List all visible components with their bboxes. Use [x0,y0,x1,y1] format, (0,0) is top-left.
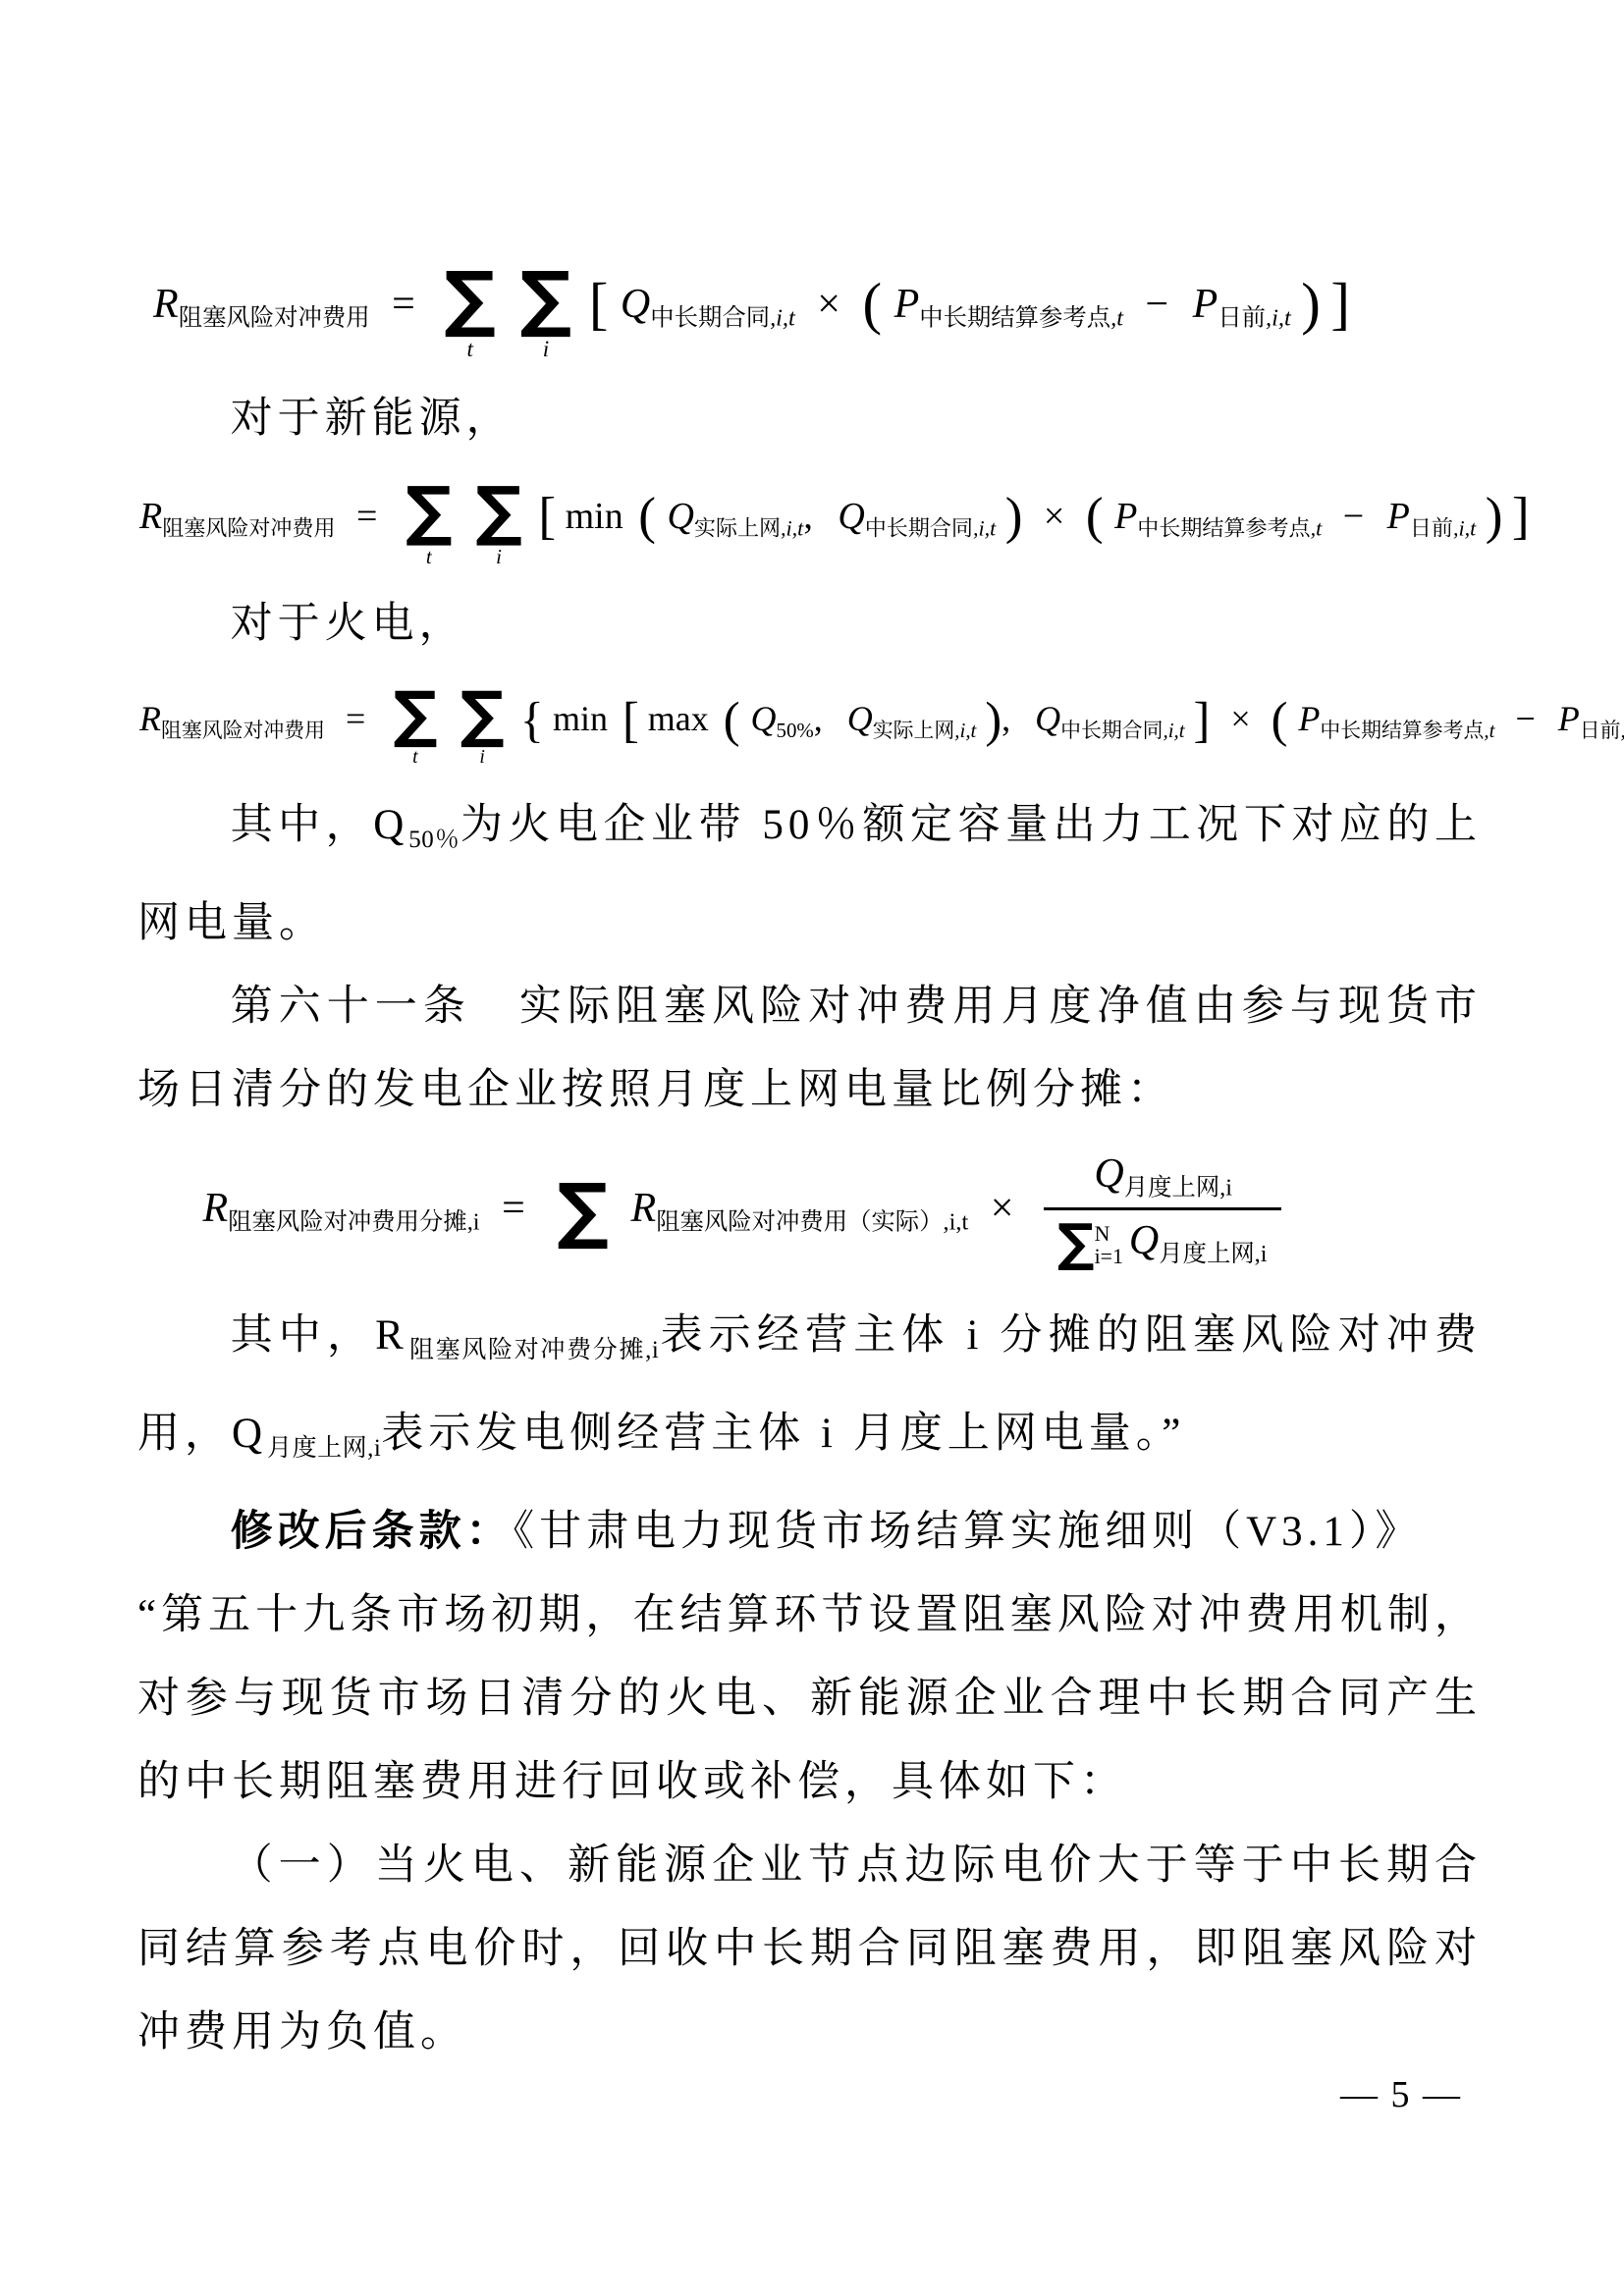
min-function: min [566,496,629,537]
sub-P1: 中长期结算参考点 [1320,719,1484,742]
text: （一）当火电、新能源企业节点边际电价大于等于中长期合同结算参考点电价时，回收中长… [137,1842,1482,2056]
var-R: R [137,496,162,537]
text: 表示发电侧经营主体 i 月度上网电量。” [381,1411,1185,1457]
comma: , [814,699,837,738]
var-Q: Q [232,1411,267,1457]
var-R: R [200,1186,228,1231]
sub-Q2-it: ,i,t [1164,719,1185,742]
paragraph-for-renewable: 对于新能源， [137,377,1482,460]
sub-P2-it: ,i,t [1453,515,1476,540]
comma: , [1001,699,1024,738]
min-function: min [553,699,614,738]
sub-Q1: 实际上网 [694,515,781,540]
page-number: — 5 — [1340,2073,1462,2116]
left-paren: ( [638,487,656,545]
right-bracket: ] [1512,487,1530,545]
sigma-icon: ∑ [547,1169,619,1253]
sub-P2-it: ,i,t [1266,304,1291,331]
fraction-denominator: ∑Ni=1Q月度上网,i [1044,1207,1281,1270]
sigma-icon: ∑ [475,480,522,542]
text: 对于火电， [231,601,466,647]
var-Q: Q [845,699,873,738]
left-paren: ( [724,692,740,747]
sub-Q1: 实际上网 [873,719,955,742]
sub-P1-it: ,t [1484,719,1494,742]
sum-over-t: ∑t [406,480,453,566]
var-Q: Q [749,699,777,738]
times-sign: × [805,282,852,327]
var-Q: Q [836,496,864,537]
formula-congestion-hedge-general: R阻塞风险对冲费用 = ∑t ∑i [ Q中长期合同,i,t × ( P中长期结… [137,260,1482,355]
sub-Q2: 中长期合同 [865,515,973,540]
text: 第六十一条 实际阻塞风险对冲费用月度净值由参与现货市场日清分的发电企业按照月度上… [137,984,1482,1113]
right-bracket: ] [1330,272,1350,336]
fraction: Q月度上网,i ∑Ni=1Q月度上网,i [1044,1153,1281,1270]
left-paren: ( [1086,487,1104,545]
sum-limit-i: i [475,547,522,567]
sub-monthly: 月度上网,i [267,1435,381,1462]
equals-sign: = [490,1186,537,1231]
sub-R: 阻塞风险对冲费用 [161,719,325,742]
sub-50pct: 50％ [408,827,460,853]
sub-monthly: 月度上网,i [1159,1241,1267,1267]
formula-congestion-hedge-thermal: R阻塞风险对冲费用 = ∑t ∑i { min [ max ( Q50%, Q实… [137,681,1482,764]
sum-over-t: ∑t [393,685,437,768]
page-number-text: — 5 — [1340,2074,1462,2115]
left-bracket: [ [623,692,639,747]
sum-limit-i: i [460,748,505,768]
right-bracket: ] [1194,692,1211,747]
sum-over-i: ∑i [475,480,522,566]
minus-sign: − [1331,496,1376,537]
left-brace: { [520,692,544,747]
times-sign: × [1218,699,1262,738]
sub-Q2-it: ,i,t [973,515,996,540]
sum-over-t: ∑t [444,265,496,360]
var-Q: Q [619,282,650,327]
sub-P1: 中长期结算参考点 [919,304,1110,331]
sigma-icon: ∑ [460,685,505,744]
times-sign: × [979,1186,1026,1231]
sigma-icon: ∑ [406,480,453,542]
right-paren: ) [1005,487,1023,545]
sub-P2: 日前 [1410,515,1453,540]
sub-Q-it: ,i,t [770,304,795,331]
minus-sign: − [1503,699,1546,738]
sub-Q: 中长期合同 [650,304,770,331]
var-Q: Q [1092,1151,1123,1197]
sub-monthly: 月度上网,i [1124,1174,1232,1201]
var-P: P [1556,699,1580,738]
text: “第五十九条市场初期，在结算环节设置阻塞风险对冲费用机制，对参与现货市场日清分的… [137,1592,1482,1805]
sub-P2: 日前 [1580,719,1621,742]
sub-R: 阻塞风险对冲费用 [179,304,370,331]
var-R: R [375,1312,408,1359]
sum-over-i: ∑i [460,685,505,768]
sum-over-i: ∑i [520,265,572,360]
comma: , [803,496,827,537]
var-R: R [629,1186,657,1231]
fraction-numerator: Q月度上网,i [1044,1153,1281,1201]
sum-limit-i: i [520,338,572,360]
left-bracket: [ [538,487,556,545]
sub-Q1-it: ,i,t [781,515,803,540]
var-P: P [1385,496,1410,537]
sub-Q1-it: ,i,t [954,719,976,742]
paragraph-revised-clause: 修改后条款：《甘肃电力现货市场结算实施细则（V3.1）》 [137,1490,1482,1574]
sigma-icon: ∑ [520,265,572,334]
sub-P2: 日前 [1218,304,1266,331]
sub-R-actual: 阻塞风险对冲费用（实际）,i,t [656,1208,968,1235]
var-R: R [151,282,179,327]
sub-P1-it: ,t [1311,515,1323,540]
sub-P1-it: ,t [1110,304,1123,331]
formula-congestion-hedge-renewable: R阻塞风险对冲费用 = ∑t ∑i [ min ( Q实际上网,i,t, Q中长… [137,476,1482,562]
revised-clause-text: 《甘肃电力现货市场结算实施细则（V3.1）》 [514,1509,1423,1555]
right-paren: ) [1301,272,1321,336]
times-sign: × [1032,496,1076,537]
var-Q: Q [373,802,408,848]
sum-limit-t: t [393,748,437,768]
left-paren: ( [862,272,882,336]
paragraph-clause-59: “第五十九条市场初期，在结算环节设置阻塞风险对冲费用机制，对参与现货市场日清分的… [137,1574,1482,1824]
sum-limits: Ni=1 [1095,1223,1123,1268]
sum-upper-N: N [1095,1223,1123,1246]
paragraph-item-1: （一）当火电、新能源企业节点边际电价大于等于中长期合同结算参考点电价时，回收中长… [137,1824,1482,2074]
left-bracket: [ [589,272,609,336]
var-P: P [893,282,920,327]
max-function: max [648,699,715,738]
paragraph-share-note: 其中，R阻塞风险对冲费分摊,i表示经营主体 i 分摊的阻塞风险对冲费用，Q月度上… [137,1294,1482,1490]
sub-Q2: 中长期合同 [1060,719,1163,742]
var-Q: Q [665,496,693,537]
var-Q: Q [1127,1218,1159,1263]
var-Q: Q [1033,699,1060,738]
text: 对于新能源， [231,396,514,442]
equals-sign: = [334,699,377,738]
paragraph-article-61: 第六十一条 实际阻塞风险对冲费用月度净值由参与现货市场日清分的发电企业按照月度上… [137,965,1482,1132]
var-P: P [1296,699,1320,738]
var-P: P [1112,496,1137,537]
text: 其中， [231,802,374,848]
formula-monthly-apportionment: R阻塞风险对冲费用分摊,i = ∑ R阻塞风险对冲费用（实际）,i,t × Q月… [137,1153,1482,1270]
var-P: P [1191,282,1218,327]
sum-lower-i1: i=1 [1095,1246,1123,1268]
sigma-icon: ∑ [1057,1213,1095,1273]
document-page: R阻塞风险对冲费用 = ∑t ∑i [ Q中长期合同,i,t × ( P中长期结… [0,0,1624,2296]
text: 其中， [231,1312,376,1359]
sum-limit-t: t [406,547,453,567]
var-R: R [137,699,161,738]
sigma-icon: ∑ [393,685,437,744]
sigma-icon: ∑ [444,265,496,334]
sub-Q50: 50% [777,719,814,742]
sub-R: 阻塞风险对冲费用 [162,515,335,540]
sub-R: 阻塞风险对冲费用分摊,i [228,1208,479,1235]
sub-P1: 中长期结算参考点 [1137,515,1310,540]
sub-share: 阻塞风险对冲费分摊,i [408,1337,660,1363]
equals-sign: = [345,496,389,537]
equals-sign: = [380,282,427,327]
revised-clause-label: 修改后条款： [231,1509,514,1555]
right-paren: ) [1486,487,1503,545]
sub-P2-it: ,i,t [1621,719,1624,742]
paragraph-for-thermal: 对于火电， [137,582,1482,666]
paragraph-q50-note: 其中，Q50％为火电企业带 50％额定容量出力工况下对应的上网电量。 [137,783,1482,965]
minus-sign: − [1133,282,1180,327]
left-paren: ( [1272,692,1288,747]
sum-limit-t: t [444,338,496,360]
right-paren: ) [985,692,1001,747]
